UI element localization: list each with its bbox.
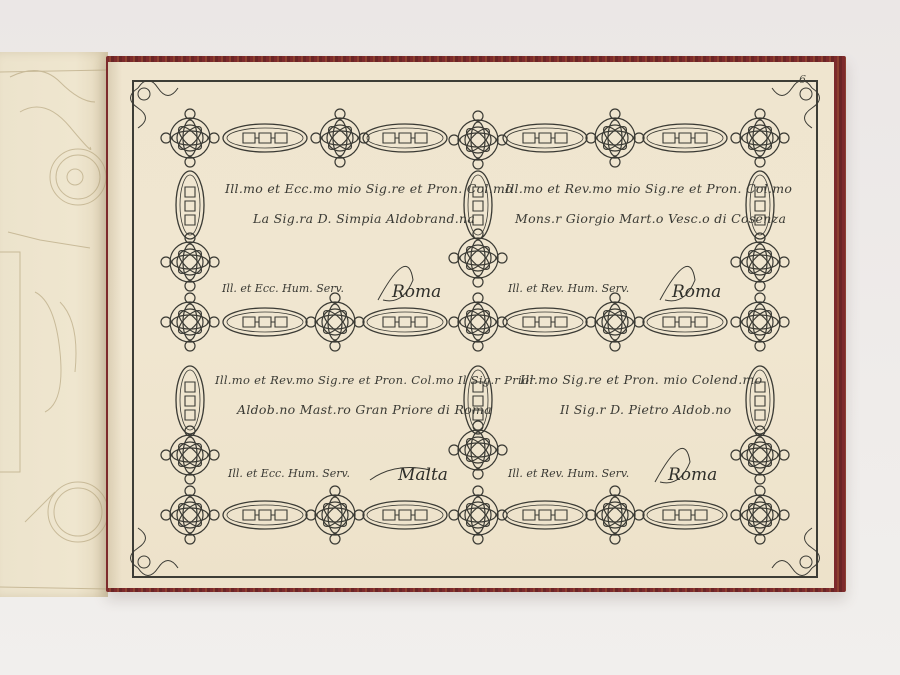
signature-formula: Ill. et Rev. Hum. Serv. — [508, 282, 629, 295]
address-line: Ill.mo et Rev.mo Sig.re et Pron. Col.mo … — [215, 365, 535, 395]
place-name: Malta — [398, 465, 448, 485]
signature-formula: Ill. et Rev. Hum. Serv. — [508, 467, 629, 480]
address-line: La Sig.ra D. Simpia Aldobrand.na — [225, 204, 513, 234]
page-number: 6 — [799, 73, 806, 86]
address-line: Ill.mo Sig.re et Pron. mio Colend.mo — [520, 365, 762, 395]
address-panel-2: Ill.mo et Rev.mo mio Sig.re et Pron. Col… — [505, 174, 792, 234]
address-line: Il Sig.r D. Pietro Aldob.no — [520, 395, 762, 425]
address-line: Aldob.no Mast.ro Gran Priore di Roma — [215, 395, 535, 425]
address-panel-1: Ill.mo et Ecc.mo mio Sig.re et Pron. Col… — [225, 174, 513, 234]
address-line: Ill.mo et Ecc.mo mio Sig.re et Pron. Col… — [225, 174, 513, 204]
signature-formula: Ill. et Ecc. Hum. Serv. — [228, 467, 350, 480]
address-panel-4: Ill.mo Sig.re et Pron. mio Colend.mo Il … — [520, 365, 762, 425]
address-line: Ill.mo et Rev.mo mio Sig.re et Pron. Col… — [505, 174, 792, 204]
place-name: Roma — [392, 282, 441, 302]
address-line: Mons.r Giorgio Mart.o Vesc.o di Cosenza — [505, 204, 792, 234]
place-name: Roma — [672, 282, 721, 302]
page-frame-border — [132, 80, 818, 578]
place-name: Roma — [668, 465, 717, 485]
show-through-engraving-icon — [0, 52, 108, 597]
address-panel-3: Ill.mo et Rev.mo Sig.re et Pron. Col.mo … — [215, 365, 535, 425]
signature-formula: Ill. et Ecc. Hum. Serv. — [222, 282, 344, 295]
left-page — [0, 52, 108, 597]
